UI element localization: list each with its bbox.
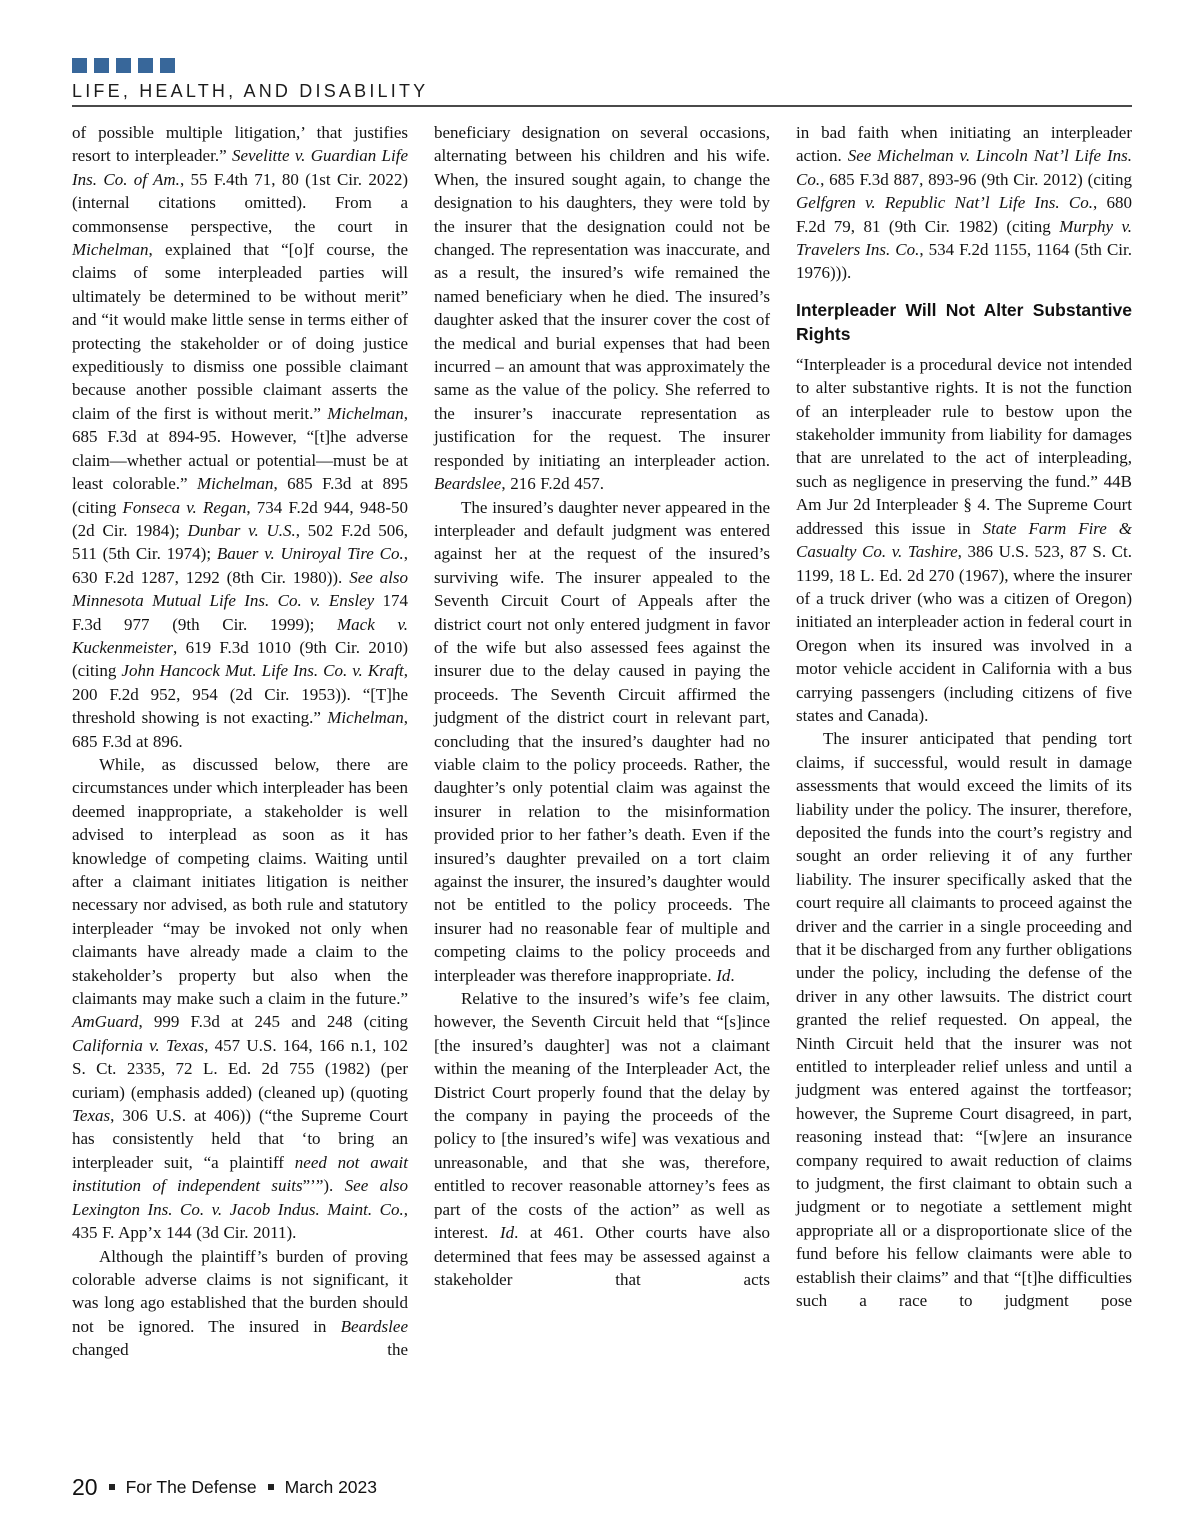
citation-italic-text: Michelman — [72, 240, 148, 259]
publication-name: For The Defense — [126, 1477, 257, 1498]
section-marker-square-icon — [72, 58, 87, 73]
citation-italic-text: John Hancock Mut. Life Ins. Co. v. Kraft — [121, 661, 403, 680]
body-text: , 216 F.2d 457. — [501, 474, 604, 493]
citation-italic-text: Gelfgren v. Republic Nat’l Life Ins. Co. — [796, 193, 1093, 212]
citation-italic-text: Beardslee — [341, 1317, 408, 1336]
citation-italic-text: Id — [716, 966, 730, 985]
citation-italic-text: Texas — [72, 1106, 110, 1125]
body-paragraph: “Interpleader is a procedural device not… — [796, 353, 1132, 728]
citation-italic-text: California v. Texas — [72, 1036, 204, 1055]
page-footer: 20 For The Defense March 2023 — [72, 1474, 377, 1500]
body-text: , 999 F.3d at 245 and 248 (citing — [138, 1012, 408, 1031]
section-label: LIFE, HEALTH, AND DISABILITY — [72, 81, 1132, 101]
section-marker-square-icon — [116, 58, 131, 73]
footer-bullet-icon — [268, 1484, 274, 1490]
magazine-page: LIFE, HEALTH, AND DISABILITY of possible… — [0, 0, 1200, 1535]
body-text: “Interpleader is a procedural device not… — [796, 355, 1132, 538]
body-text: ”’”). — [303, 1176, 345, 1195]
text-column-3: in bad faith when initiating an interple… — [796, 121, 1132, 1362]
body-text: , 685 F.3d 887, 893-96 (9th Cir. 2012) (… — [820, 170, 1132, 189]
body-text: . — [730, 966, 734, 985]
citation-italic-text: Id — [500, 1223, 514, 1242]
citation-italic-text: AmGuard — [72, 1012, 138, 1031]
body-text: beneficiary designation on several occas… — [434, 123, 770, 470]
body-text: , 386 U.S. 523, 87 S. Ct. 1199, 18 L. Ed… — [796, 542, 1132, 725]
section-marker-square-icon — [94, 58, 109, 73]
citation-italic-text: Fonseca v. Regan — [123, 498, 247, 517]
body-paragraph: The insurer anticipated that pending tor… — [796, 727, 1132, 1312]
body-text: While, as discussed below, there are cir… — [72, 755, 408, 1008]
citation-italic-text: Michelman — [327, 708, 403, 727]
citation-italic-text: Dunbar v. U.S. — [187, 521, 295, 540]
body-text: The insured’s daughter never appeared in… — [434, 498, 770, 985]
body-paragraph: beneficiary designation on several occas… — [434, 121, 770, 496]
section-marker — [72, 58, 1132, 73]
citation-italic-text: Michelman — [327, 404, 403, 423]
section-marker-square-icon — [138, 58, 153, 73]
body-paragraph: Although the plaintiff’s burden of provi… — [72, 1245, 408, 1362]
body-text: , explained that “[o]f course, the claim… — [72, 240, 408, 423]
body-text: Relative to the insured’s wife’s fee cla… — [434, 989, 770, 1242]
body-paragraph: The insured’s daughter never appeared in… — [434, 496, 770, 988]
masthead-rule — [72, 105, 1132, 107]
section-masthead: LIFE, HEALTH, AND DISABILITY — [72, 58, 1132, 107]
body-text: changed the — [72, 1340, 408, 1359]
body-paragraph: in bad faith when initiating an interple… — [796, 121, 1132, 285]
section-marker-square-icon — [160, 58, 175, 73]
text-column-1: of possible multiple litigation,’ that j… — [72, 121, 408, 1362]
page-number: 20 — [72, 1474, 98, 1500]
text-column-2: beneficiary designation on several occas… — [434, 121, 770, 1362]
issue-date: March 2023 — [285, 1477, 377, 1498]
body-paragraph: of possible multiple litigation,’ that j… — [72, 121, 408, 753]
body-text: The insurer anticipated that pending tor… — [796, 729, 1132, 1310]
article-columns: of possible multiple litigation,’ that j… — [72, 121, 1132, 1362]
footer-bullet-icon — [109, 1484, 115, 1490]
body-paragraph: Relative to the insured’s wife’s fee cla… — [434, 987, 770, 1291]
section-heading: Interpleader Will Not Alter Substantive … — [796, 298, 1132, 346]
citation-italic-text: Michelman — [197, 474, 273, 493]
citation-italic-text: Beardslee — [434, 474, 501, 493]
citation-italic-text: Bauer v. Uniroyal Tire Co. — [217, 544, 404, 563]
body-paragraph: While, as discussed below, there are cir… — [72, 753, 408, 1245]
